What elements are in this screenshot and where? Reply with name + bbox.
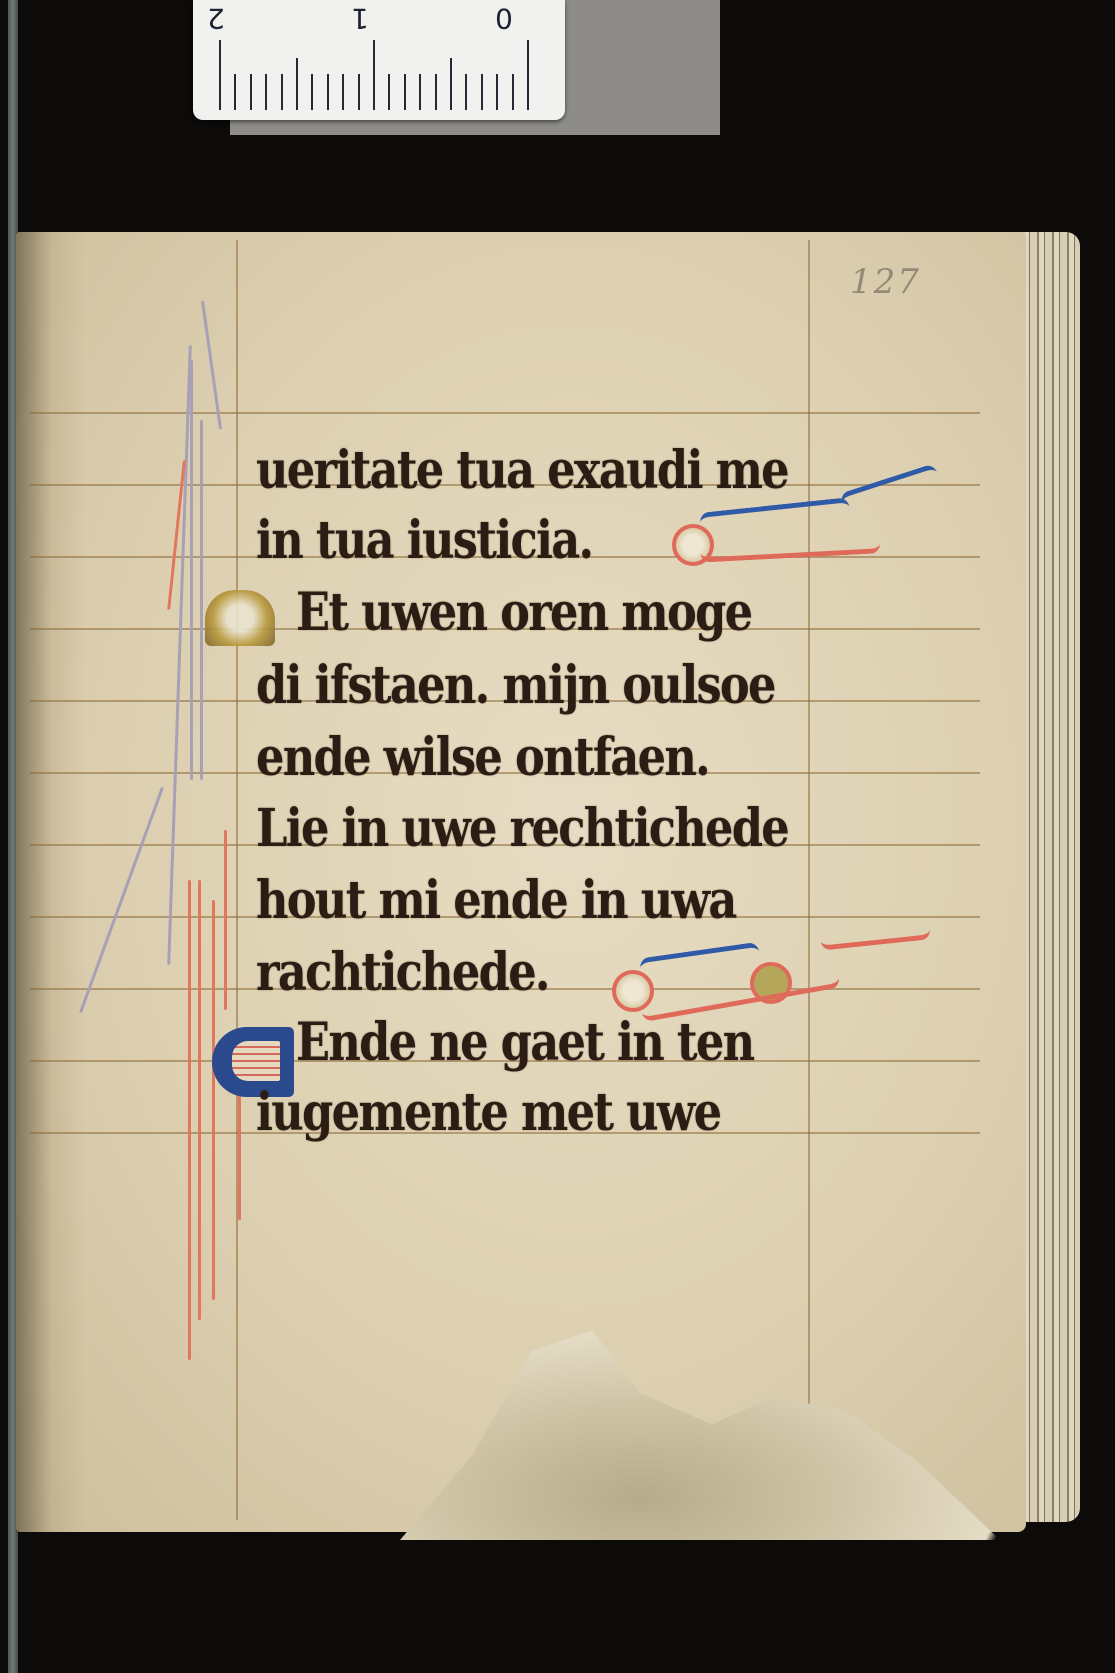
ruler-tick: [311, 74, 313, 110]
ruler-tick: [327, 74, 329, 110]
gutter-shadow: [16, 232, 86, 1532]
ruler-tick: [265, 74, 267, 110]
ruler-tick: [419, 74, 421, 110]
ruler-tick: [219, 40, 221, 110]
ruler-tick: [281, 74, 283, 110]
ruler-tick: [342, 74, 344, 110]
ruler-tick: [527, 40, 529, 110]
ruler-tick: [358, 74, 360, 110]
ruling-column: [808, 240, 810, 1520]
ruler-tick: [373, 40, 375, 110]
ruler-label-1: 1: [351, 2, 369, 35]
ruling-column: [236, 240, 238, 1520]
text-line-8: rachtichede.: [256, 942, 549, 1003]
ruler-label-0: 0: [495, 2, 513, 35]
gold-initial-e: [205, 590, 275, 646]
ruler-tick: [388, 74, 390, 110]
scale-ruler: 2 1 0: [193, 0, 565, 120]
ruler-tick: [465, 74, 467, 110]
ruler-tick: [450, 58, 452, 110]
ruler-tick: [481, 74, 483, 110]
text-line-3: Et uwen oren moge: [296, 582, 751, 643]
text-line-1: ueritate tua exaudi me: [256, 440, 788, 501]
text-line-10: iugemente met uwe: [256, 1082, 720, 1143]
ruler-label-2: 2: [207, 2, 225, 35]
ruler-tick: [234, 74, 236, 110]
ruler-tick: [496, 74, 498, 110]
text-line-4: di ifstaen. mijn oulsoe: [256, 655, 775, 716]
folio-number: 127: [850, 262, 921, 302]
ruler-tick: [404, 74, 406, 110]
ruling-line: [30, 412, 980, 414]
ruler-tick: [512, 74, 514, 110]
ruler-tick: [250, 74, 252, 110]
ruler-tick: [296, 58, 298, 110]
text-line-5: ende wilse ontfaen.: [256, 727, 709, 788]
ruler-tick: [435, 74, 437, 110]
text-line-2: in tua iusticia.: [256, 510, 592, 571]
text-line-7: hout mi ende in uwa: [256, 870, 736, 931]
text-line-9: Ende ne gaet in ten: [296, 1012, 753, 1073]
text-line-6: Lie in uwe rechtichede: [256, 798, 788, 859]
